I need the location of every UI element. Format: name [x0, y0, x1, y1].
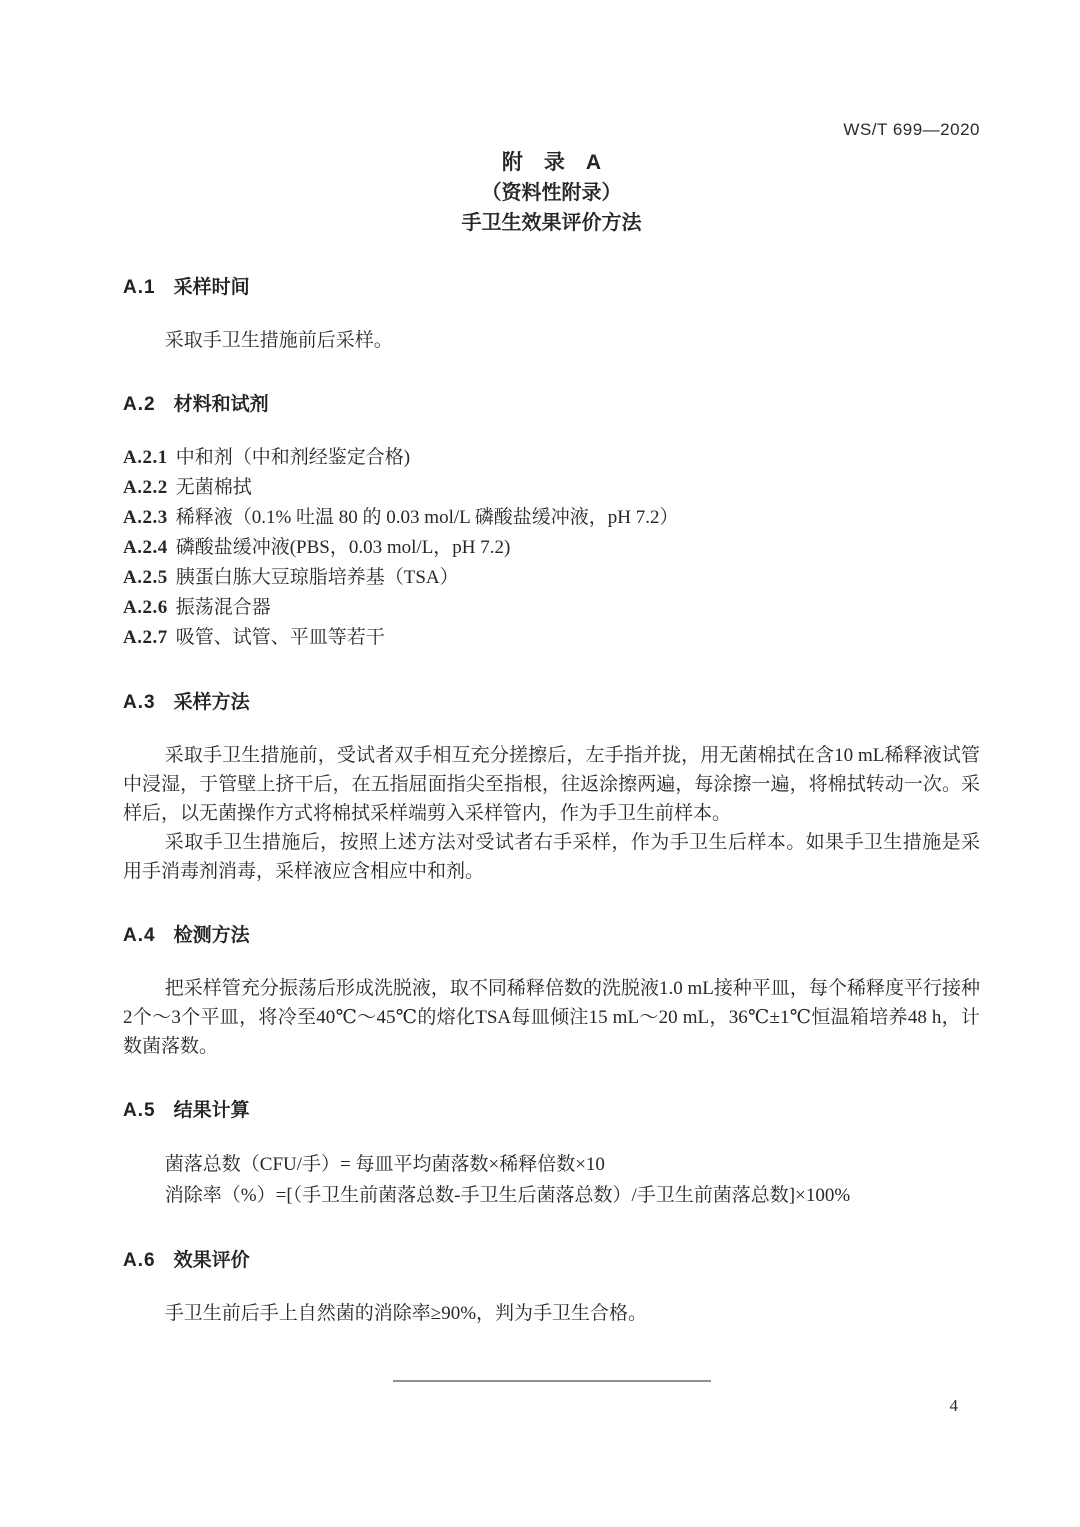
item-id: A.2.5 [123, 567, 168, 588]
material-item: A.2.5胰蛋白胨大豆琼脂培养基（TSA） [123, 563, 980, 593]
section-heading-a3: A.3采样方法 [123, 691, 980, 715]
formula-total-count: 菌落总数（CFU/手）= 每皿平均菌落数×稀释倍数×10 [165, 1149, 980, 1180]
section-title: 效果评价 [174, 1250, 250, 1271]
material-item: A.2.7吸管、试管、平皿等若干 [123, 623, 980, 653]
item-id: A.2.2 [123, 477, 168, 498]
item-id: A.2.6 [123, 597, 168, 618]
section-body-a5: 菌落总数（CFU/手）= 每皿平均菌落数×稀释倍数×10 消除率（%）=[（手卫… [123, 1149, 980, 1211]
section-heading-a2: A.2材料和试剂 [123, 393, 980, 417]
section-heading-a1: A.1采样时间 [123, 276, 980, 300]
material-list: A.2.1中和剂（中和剂经鉴定合格) A.2.2无菌棉拭 A.2.3稀释液（0.… [123, 443, 980, 653]
item-text: 稀释液（0.1% 吐温 80 的 0.03 mol/L 磷酸盐缓冲液，pH 7.… [176, 507, 679, 528]
item-text: 中和剂（中和剂经鉴定合格) [176, 447, 410, 468]
section-body-a1: 采取手卫生措施前后采样。 [123, 326, 980, 355]
material-item: A.2.4磷酸盐缓冲液(PBS，0.03 mol/L，pH 7.2) [123, 533, 980, 563]
section-title: 采样时间 [174, 277, 250, 298]
paragraph: 采取手卫生措施前，受试者双手相互充分搓擦后，左手指并拢，用无菌棉拭在含10 mL… [123, 741, 980, 828]
section-id: A.4 [123, 925, 156, 946]
section-id: A.3 [123, 692, 156, 713]
doc-number: WS/T 699—2020 [123, 0, 980, 140]
appendix-title: 手卫生效果评价方法 [123, 208, 980, 238]
page-number: 4 [950, 1396, 959, 1416]
document-page: WS/T 699—2020 附 录 A （资料性附录） 手卫生效果评价方法 A.… [0, 0, 1080, 1527]
material-item: A.2.3稀释液（0.1% 吐温 80 的 0.03 mol/L 磷酸盐缓冲液，… [123, 503, 980, 533]
paragraph: 手卫生前后手上自然菌的消除率≥90%，判为手卫生合格。 [123, 1299, 980, 1328]
section-title: 采样方法 [174, 692, 250, 713]
material-item: A.2.2无菌棉拭 [123, 473, 980, 503]
title-block: 附 录 A （资料性附录） 手卫生效果评价方法 [123, 148, 980, 238]
section-id: A.5 [123, 1100, 156, 1121]
item-id: A.2.3 [123, 507, 168, 528]
item-text: 吸管、试管、平皿等若干 [176, 627, 385, 648]
paragraph: 采取手卫生措施前后采样。 [123, 326, 980, 355]
section-title: 检测方法 [174, 925, 250, 946]
item-id: A.2.4 [123, 537, 168, 558]
appendix-label: 附 录 A [123, 148, 980, 178]
item-id: A.2.1 [123, 447, 168, 468]
section-body-a4: 把采样管充分振荡后形成洗脱液，取不同稀释倍数的洗脱液1.0 mL接种平皿，每个稀… [123, 974, 980, 1061]
item-text: 振荡混合器 [176, 597, 271, 618]
section-heading-a6: A.6效果评价 [123, 1249, 980, 1273]
item-id: A.2.7 [123, 627, 168, 648]
section-id: A.6 [123, 1250, 156, 1271]
formula-removal-rate: 消除率（%）=[（手卫生前菌落总数-手卫生后菌落总数）/手卫生前菌落总数]×10… [165, 1180, 980, 1211]
paragraph: 采取手卫生措施后，按照上述方法对受试者右手采样，作为手卫生后样本。如果手卫生措施… [123, 828, 980, 886]
section-heading-a5: A.5结果计算 [123, 1099, 980, 1123]
section-body-a6: 手卫生前后手上自然菌的消除率≥90%，判为手卫生合格。 [123, 1299, 980, 1328]
section-id: A.1 [123, 277, 156, 298]
material-item: A.2.1中和剂（中和剂经鉴定合格) [123, 443, 980, 473]
section-id: A.2 [123, 394, 156, 415]
item-text: 胰蛋白胨大豆琼脂培养基（TSA） [176, 567, 459, 588]
section-title: 材料和试剂 [174, 394, 269, 415]
paragraph: 把采样管充分振荡后形成洗脱液，取不同稀释倍数的洗脱液1.0 mL接种平皿，每个稀… [123, 974, 980, 1061]
section-title: 结果计算 [174, 1100, 250, 1121]
section-heading-a4: A.4检测方法 [123, 924, 980, 948]
footer-divider [393, 1380, 711, 1382]
material-item: A.2.6振荡混合器 [123, 593, 980, 623]
item-text: 无菌棉拭 [176, 477, 252, 498]
item-text: 磷酸盐缓冲液(PBS，0.03 mol/L，pH 7.2) [176, 537, 511, 558]
appendix-note: （资料性附录） [123, 178, 980, 208]
section-body-a3: 采取手卫生措施前，受试者双手相互充分搓擦后，左手指并拢，用无菌棉拭在含10 mL… [123, 741, 980, 886]
